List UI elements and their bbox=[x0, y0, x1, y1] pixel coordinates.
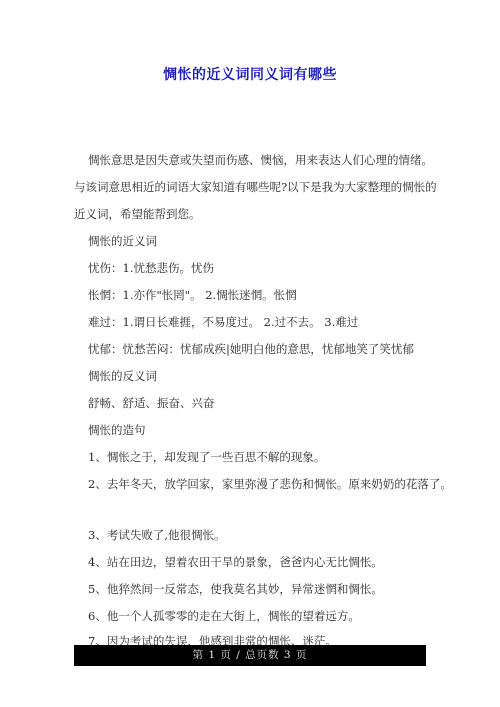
antonyms-heading: 惆怅的反义词 bbox=[88, 368, 157, 384]
sentence-item: 6、他一个人孤零零的走在大街上，惆怅的望着远方。 bbox=[88, 608, 360, 624]
sentences-heading: 惆怅的造句 bbox=[88, 422, 146, 438]
intro-line: 近义词，希望能帮到您。 bbox=[74, 206, 201, 222]
synonym-item: 忧伤：1.忧愁悲伤。忧伤 bbox=[88, 260, 214, 276]
sentence-item: 2、去年冬天，放学回家，家里弥漫了悲伤和惆怅。原来奶奶的花落了。 bbox=[88, 476, 452, 492]
synonyms-heading: 惆怅的近义词 bbox=[88, 233, 157, 249]
document-title: 惆怅的近义词同义词有哪些 bbox=[0, 64, 500, 84]
synonym-item: 难过：1.谓日长难捱，不易度过。 2.过不去。 3.难过 bbox=[88, 314, 358, 330]
sentence-item: 4、站在田边，望着农田干旱的景象，爸爸内心无比惆怅。 bbox=[88, 554, 383, 570]
page-footer: 第 1 页 / 总页数 3 页 bbox=[74, 645, 426, 666]
sentence-item: 3、考试失败了,他很惆怅。 bbox=[88, 527, 225, 543]
synonym-item: 怅惘：1.亦作"怅罔"。 2.惆怅迷惘。怅惘 bbox=[88, 287, 297, 303]
sentence-item: 1、惆怅之于，却发现了一些百思不解的现象。 bbox=[88, 449, 325, 465]
antonyms-list: 舒畅、舒适、振奋、兴奋 bbox=[88, 395, 215, 411]
sentence-item: 5、他猝然间一反常态，使我莫名其妙，异常迷惘和惆怅。 bbox=[88, 581, 383, 597]
synonym-item: 忧郁：忧愁苦闷：忧郁成疾|她明白他的意思，忧郁地笑了笑忧郁 bbox=[88, 341, 414, 357]
intro-line: 惆怅意思是因失意或失望而伤感、懊恼，用来表达人们心理的情绪。 bbox=[88, 152, 433, 168]
intro-line: 与该词意思相近的词语大家知道有哪些呢?以下是我为大家整理的惆怅的 bbox=[74, 179, 437, 195]
